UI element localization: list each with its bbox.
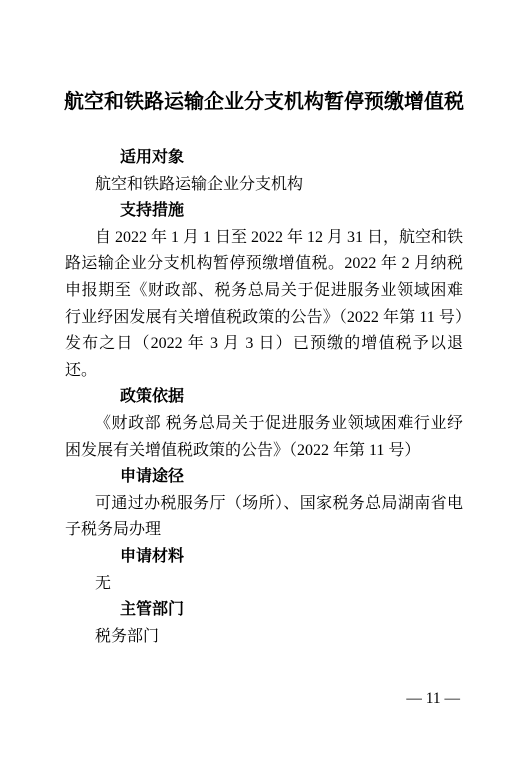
section-heading-support-measures: 支持措施 [65, 198, 463, 225]
section-paragraph: 航空和铁路运输企业分支机构 [65, 172, 463, 199]
page-number: — 11 — [406, 690, 460, 708]
section-heading-policy-basis: 政策依据 [65, 384, 463, 411]
section-heading-application-materials: 申请材料 [65, 544, 463, 571]
section-paragraph: 自 2022 年 1 月 1 日至 2022 年 12 月 31 日，航空和铁路… [65, 225, 463, 385]
section-heading-application-channel: 申请途径 [65, 464, 463, 491]
section-heading-competent-department: 主管部门 [65, 597, 463, 624]
section-paragraph: 可通过办税服务厅（场所）、国家税务总局湖南省电子税务局办理 [65, 491, 463, 544]
section-paragraph: 《财政部 税务总局关于促进服务业领域困难行业纾困发展有关增值税政策的公告》（20… [65, 411, 463, 464]
document-body: 适用对象 航空和铁路运输企业分支机构 支持措施 自 2022 年 1 月 1 日… [65, 145, 463, 650]
section-paragraph: 无 [65, 571, 463, 598]
section-paragraph: 税务部门 [65, 624, 463, 651]
section-heading-applicable-target: 适用对象 [65, 145, 463, 172]
document-page: 航空和铁路运输企业分支机构暂停预缴增值税 适用对象 航空和铁路运输企业分支机构 … [0, 0, 528, 767]
document-title: 航空和铁路运输企业分支机构暂停预缴增值税 [0, 90, 528, 114]
